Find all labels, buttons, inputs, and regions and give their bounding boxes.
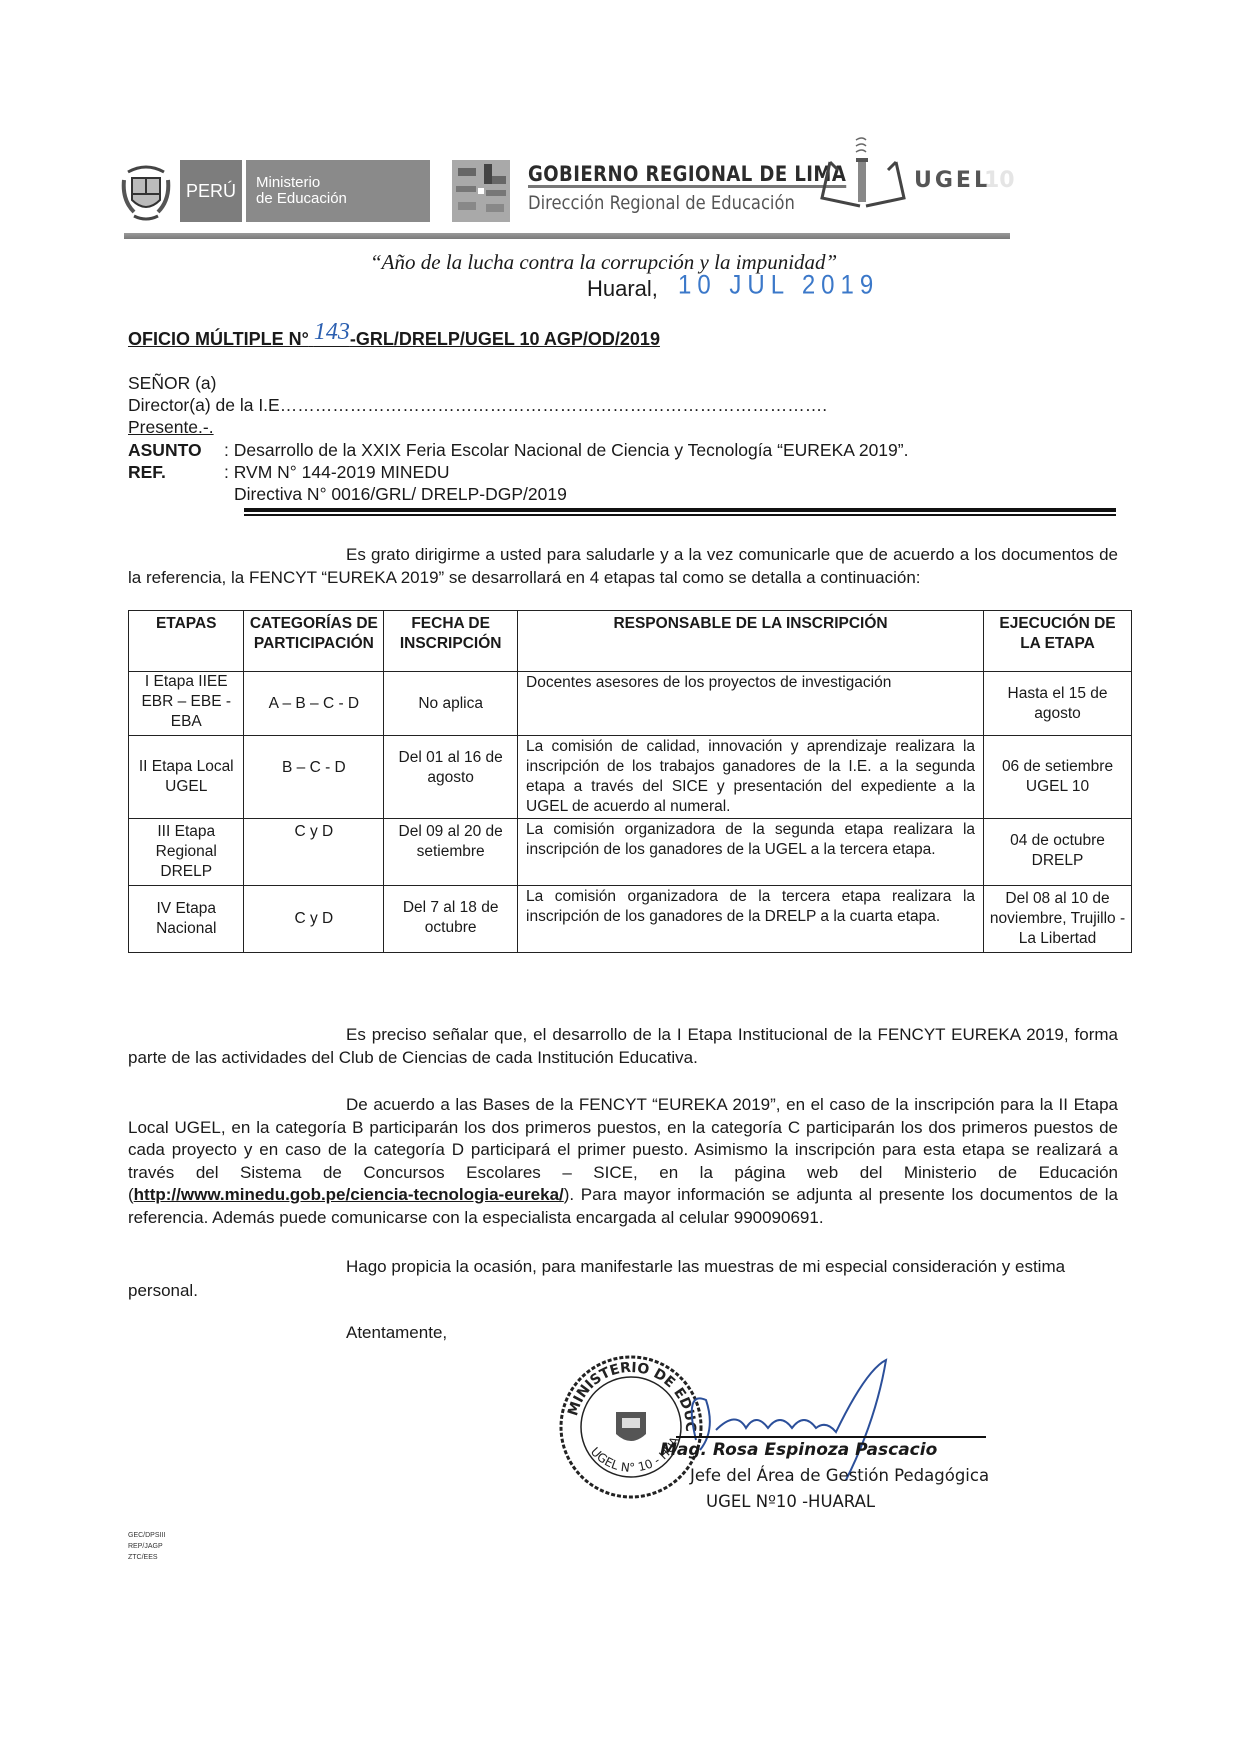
cell-responsable: La comisión organizadora de la segunda e… [518, 819, 984, 886]
oficio-suffix: -GRL/DRELP/UGEL 10 AGP/OD/2019 [350, 329, 660, 349]
cell-categorias: B – C - D [244, 736, 384, 819]
cell-etapa: I Etapa IIEE EBR – EBE - EBA [129, 672, 244, 736]
addressee-senor: SEÑOR (a) [128, 373, 216, 394]
oficio-number-handwritten: 143 [314, 319, 350, 345]
cell-ejecucion: 04 de octubre DRELP [984, 819, 1132, 886]
closing-paragraph-end: personal. [128, 1280, 198, 1303]
date-stamp: 10 JUL 2019 [678, 271, 879, 302]
subject-label: ASUNTO [128, 440, 202, 461]
reference-initials: GEC/DPSIII REP/JAGP ZTC/EES [128, 1530, 165, 1563]
reference-divider-thick [244, 508, 1116, 512]
closing-paragraph: Hago propicia la ocasión, para manifesta… [128, 1256, 1118, 1279]
table-row: II Etapa Local UGEL B – C - D Del 01 al … [129, 736, 1132, 819]
place-label: Huaral, [587, 276, 658, 302]
eureka-link[interactable]: http://www.minedu.gob.pe/ciencia-tecnolo… [134, 1185, 564, 1204]
addressee-director: Director(a) de la I.E…………………………………………………… [128, 395, 827, 416]
oficio-prefix: OFICIO MÚLTIPLE N° [128, 329, 309, 349]
stages-table: ETAPAS CATEGORÍAS DE PARTICIPACIÓN FECHA… [128, 610, 1132, 953]
signatory-name: Mag. Rosa Espinoza Pascacio [660, 1440, 937, 1460]
header-ejecucion: EJECUCIÓN DE LA ETAPA [984, 611, 1132, 672]
cell-fecha: Del 01 al 16 de agosto [384, 736, 518, 819]
header-etapas: ETAPAS [129, 611, 244, 672]
ugel-label: UGEL [914, 168, 991, 193]
cell-etapa: III Etapa Regional DRELP [129, 819, 244, 886]
paragraph-registration: De acuerdo a las Bases de la FENCYT “EUR… [128, 1094, 1118, 1229]
sign-off: Atentamente, [346, 1323, 447, 1343]
ministry-label: Ministerio de Educación [246, 160, 430, 222]
reference-divider-thin [244, 514, 1116, 516]
cell-fecha: Del 09 al 20 de setiembre [384, 819, 518, 886]
signatory-organization: UGEL Nº10 -HUARAL [706, 1492, 875, 1511]
header-fecha: FECHA DE INSCRIPCIÓN [384, 611, 518, 672]
header-responsable: RESPONSABLE DE LA INSCRIPCIÓN [518, 611, 984, 672]
intro-paragraph: Es grato dirigirme a usted para saludarl… [128, 544, 1118, 589]
cell-categorias: A – B – C - D [244, 672, 384, 736]
cell-etapa: IV Etapa Nacional [129, 886, 244, 953]
header-categorias: CATEGORÍAS DE PARTICIPACIÓN [244, 611, 384, 672]
cell-responsable: Docentes asesores de los proyectos de in… [518, 672, 984, 736]
ministry-line2: de Educación [256, 191, 430, 207]
addressee-presente: Presente.-. [128, 417, 214, 438]
table-row: III Etapa Regional DRELP C y D Del 09 al… [129, 819, 1132, 886]
table-header-row: ETAPAS CATEGORÍAS DE PARTICIPACIÓN FECHA… [129, 611, 1132, 672]
table-row: IV Etapa Nacional C y D Del 7 al 18 de o… [129, 886, 1132, 953]
cell-responsable: La comisión organizadora de la tercera e… [518, 886, 984, 953]
signature-line [676, 1436, 986, 1438]
cell-ejecucion: Del 08 al 10 de noviembre, Trujillo - La… [984, 886, 1132, 953]
reference-value-1: : RVM N° 144-2019 MINEDU [224, 462, 450, 483]
cell-etapa: II Etapa Local UGEL [129, 736, 244, 819]
cell-responsable: La comisión de calidad, innovación y apr… [518, 736, 984, 819]
cell-ejecucion: 06 de setiembre UGEL 10 [984, 736, 1132, 819]
ugel-book-torch-logo-icon [816, 132, 912, 212]
cell-fecha: No aplica [384, 672, 518, 736]
initials-line: REP/JAGP [128, 1541, 165, 1552]
cell-categorias: C y D [244, 886, 384, 953]
cell-ejecucion: Hasta el 15 de agosto [984, 672, 1132, 736]
header-divider [124, 233, 1010, 239]
initials-line: ZTC/EES [128, 1552, 165, 1563]
cell-fecha: Del 7 al 18 de octubre [384, 886, 518, 953]
ugel-number: 10 [984, 168, 1015, 193]
regional-government-title: GOBIERNO REGIONAL DE LIMA [528, 162, 846, 186]
peru-text: PERÚ [186, 181, 236, 202]
ministry-line1: Ministerio [256, 175, 430, 191]
reference-label: REF. [128, 462, 166, 483]
regional-government-logo-icon [452, 160, 510, 222]
reference-value-2: Directiva N° 0016/GRL/ DRELP-DGP/2019 [234, 484, 567, 505]
regional-directorate-subtitle: Dirección Regional de Educación [528, 192, 795, 214]
cell-categorias: C y D [244, 819, 384, 886]
peru-coat-of-arms-icon [120, 160, 172, 222]
document-title: OFICIO MÚLTIPLE N° 143-GRL/DRELP/UGEL 10… [128, 325, 660, 352]
signatory-role: Jefe del Área de Gestión Pedagógica [690, 1466, 989, 1485]
peru-label: PERÚ [180, 160, 242, 222]
table-row: I Etapa IIEE EBR – EBE - EBA A – B – C -… [129, 672, 1132, 736]
paragraph-first-stage: Es preciso señalar que, el desarrollo de… [128, 1024, 1118, 1069]
subject-value: : Desarrollo de la XXIX Feria Escolar Na… [224, 440, 908, 461]
initials-line: GEC/DPSIII [128, 1530, 165, 1541]
